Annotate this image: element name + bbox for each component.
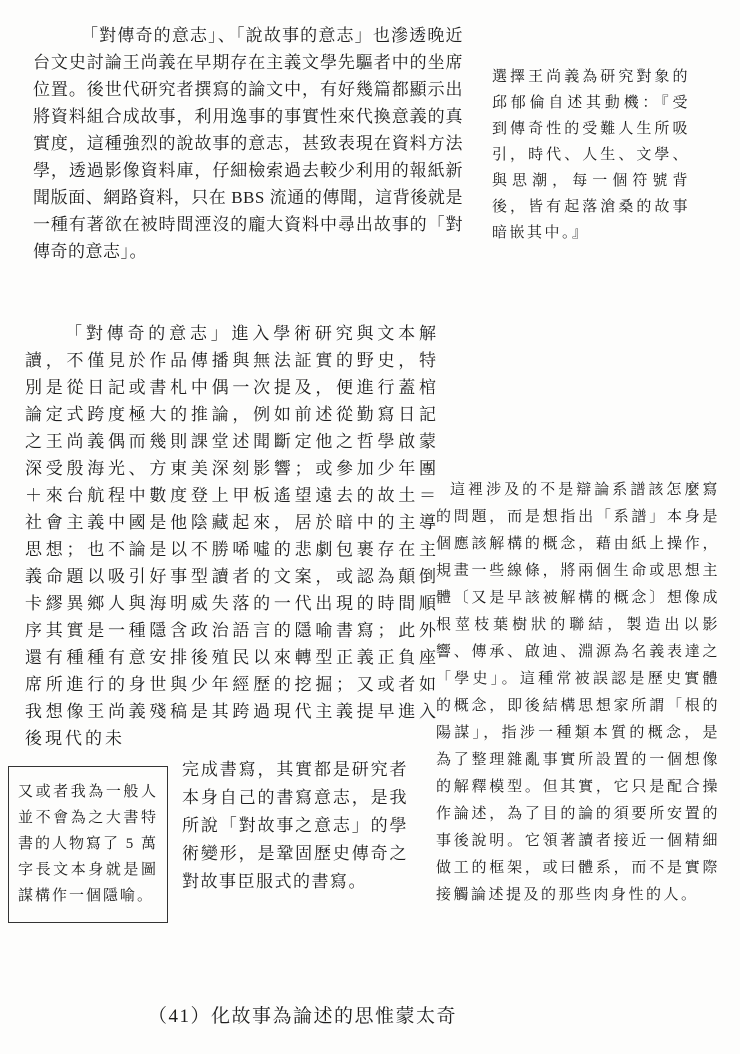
main-paragraph-1: 「對傳奇的意志」、「說故事的意志」也滲透晚近台文史討論王尚義在早期存在主義文學先… xyxy=(33,22,463,265)
section-footer-title: （41）化故事為論述的思惟蒙太奇 xyxy=(148,1001,457,1028)
margin-note-genealogy: 這裡涉及的不是辯論系譜該怎麼寫的問題，而是想指出「系譜」本身是個應該解構的概念，… xyxy=(436,477,720,909)
document-page: 「對傳奇的意志」、「說故事的意志」也滲透晚近台文史討論王尚義在早期存在主義文學先… xyxy=(0,0,740,1054)
main-paragraph-2: 「對傳奇的意志」進入學術研究與文本解讀，不僅見於作品傳播與無法証實的野史，特別是… xyxy=(25,320,439,752)
margin-note-motivation: 選擇王尚義為研究對象的邱郁倫自述其動機：『受到傳奇性的受難人生所吸引，時代、人生… xyxy=(492,64,690,246)
boxed-side-note-text: 又或者我為一般人並不會為之大書特書的人物寫了 5 萬字長文本身就是圖謀構作一個隱… xyxy=(18,784,158,904)
main-paragraph-2-continuation: 完成書寫，其實都是研究者本身自己的書寫意志，是我所說「對故事之意志」的學術變形，… xyxy=(182,756,408,896)
boxed-side-note: 又或者我為一般人並不會為之大書特書的人物寫了 5 萬字長文本身就是圖謀構作一個隱… xyxy=(8,766,168,923)
